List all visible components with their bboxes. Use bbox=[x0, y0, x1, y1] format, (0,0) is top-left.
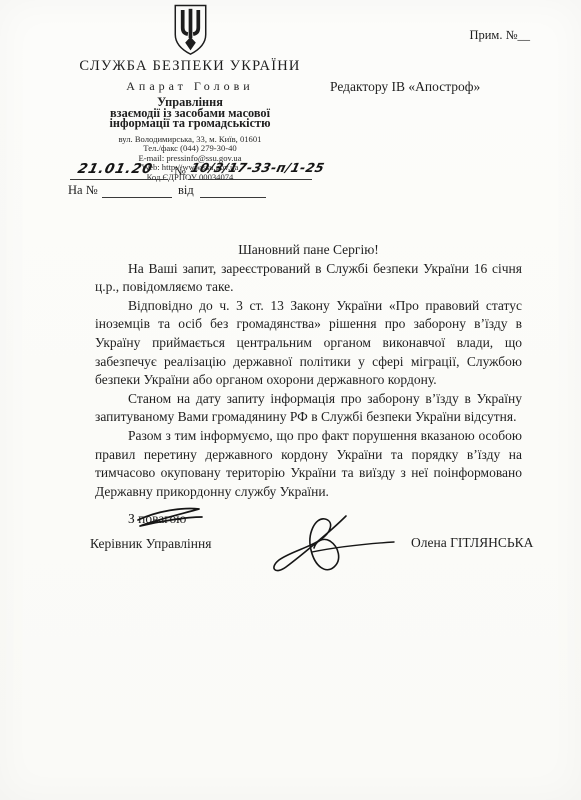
office-name: Апарат Голови bbox=[58, 79, 322, 94]
date-underline bbox=[70, 179, 168, 180]
salutation: Шановний пане Сергію! bbox=[95, 241, 522, 260]
department-line: інформації та громадськістю bbox=[58, 118, 322, 129]
reply-date-blank bbox=[200, 197, 266, 198]
number-sign: № bbox=[174, 164, 186, 179]
letter-body: Шановний пане Сергію! На Ваші запит, зар… bbox=[95, 241, 522, 529]
handwritten-flourish bbox=[133, 505, 205, 529]
signer-title: Керівник Управління bbox=[90, 536, 211, 552]
reply-number-blank bbox=[102, 197, 172, 198]
reply-number-prefix: На № bbox=[68, 183, 98, 198]
handwritten-date: 21.01.20 bbox=[76, 161, 155, 177]
signature bbox=[266, 512, 398, 578]
paragraph-1: На Ваші запит, зареєстрований в Службі б… bbox=[95, 260, 522, 297]
department-name: Управління взаємодії із засобами масової… bbox=[58, 97, 322, 129]
ukraine-trident-emblem-icon bbox=[168, 4, 213, 56]
copy-number-label: Прим. №__ bbox=[469, 28, 530, 43]
paragraph-2: Відповідно до ч. 3 ст. 13 Закону України… bbox=[95, 297, 522, 390]
org-name: СЛУЖБА БЕЗПЕКИ УКРАЇНИ bbox=[58, 58, 322, 75]
paragraph-4: Разом з тим інформуємо, що про факт пору… bbox=[95, 427, 522, 501]
reply-from-word: від bbox=[178, 183, 194, 198]
recipient-line: Редактору ІВ «Апостроф» bbox=[330, 79, 480, 95]
handwritten-outgoing-number: 10/3/17-33-п/1-25 bbox=[189, 160, 326, 175]
letterhead: СЛУЖБА БЕЗПЕКИ УКРАЇНИ Апарат Голови Упр… bbox=[58, 0, 322, 182]
paragraph-3: Станом на дату запиту інформація про заб… bbox=[95, 390, 522, 427]
signer-name: Олена ГІТЛЯНСЬКА bbox=[411, 535, 533, 551]
number-underline bbox=[188, 179, 312, 180]
scanned-letter-page: Прим. №__ СЛУЖБА БЕЗПЕКИ УКРАЇНИ Апарат … bbox=[0, 0, 581, 800]
